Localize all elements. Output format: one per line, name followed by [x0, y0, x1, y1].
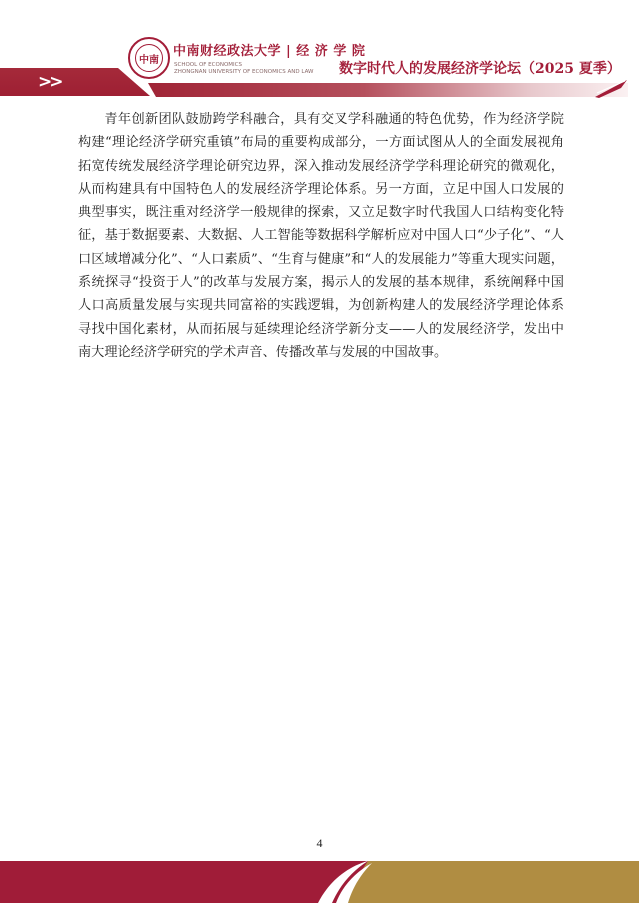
seal-center: 中南	[135, 44, 163, 72]
body-paragraph: 青年创新团队鼓励跨学科融合，具有交叉学科融通的特色优势，作为经济学院构建“理论经…	[78, 108, 564, 364]
page-footer	[0, 861, 639, 903]
swoosh-icon	[595, 80, 627, 98]
page-number: 4	[0, 836, 639, 851]
header-band-left	[0, 68, 150, 96]
header-band-right	[148, 83, 628, 97]
forum-title: 数字时代人的发展经济学论坛（2025 夏季）	[339, 58, 621, 78]
double-chevron-right-icon: >>	[38, 69, 61, 95]
university-name-en: SCHOOL OF ECONOMICS ZHONGNAN UNIVERSITY …	[174, 62, 313, 76]
page-header: >> 中南 中南财经政法大学 | 经 济 学 院 SCHOOL OF ECONO…	[0, 0, 639, 110]
university-seal-logo: 中南	[128, 37, 170, 79]
university-name-cn: 中南财经政法大学 | 经 济 学 院	[173, 40, 365, 59]
footer-swoosh-icon	[318, 861, 378, 903]
university-name-en-line: ZHONGNAN UNIVERSITY OF ECONOMICS AND LAW	[174, 69, 313, 76]
school-name-en: SCHOOL OF ECONOMICS	[174, 62, 313, 69]
